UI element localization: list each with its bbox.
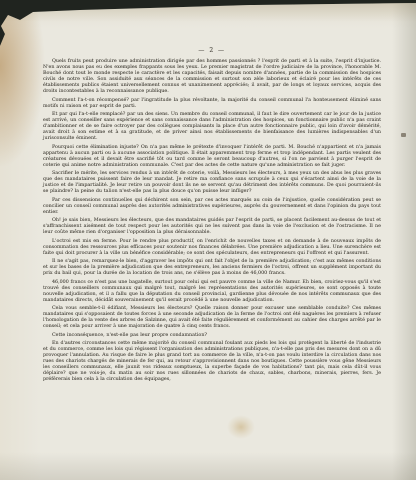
paragraph-7: Oh! je sais bien, Messieurs les électeur… [43,218,381,236]
page-number: — 2 — [43,47,381,54]
document-page: — 2 — Quels fruits peut produire une adm… [0,0,416,480]
paragraph-3: Et par qui l'a-t-elle remplacé? par un d… [43,112,381,142]
text-block: — 2 — Quels fruits peut produire une adm… [43,47,381,386]
paragraph-2: Comment l'a-t-on récompensé? par l'ingra… [43,98,381,110]
bottom-edge-shadow [0,452,416,480]
paper-stain [227,415,255,439]
paragraph-10: 46,000 francs ce n'est pas une bagatelle… [43,280,381,304]
paragraph-1: Quels fruits peut produire une administr… [43,59,381,95]
paragraph-6: Par ces dissensions continuelles qui déc… [43,198,381,216]
paragraph-13: En d'autres circonstances cette même maj… [43,341,381,383]
paragraph-8: L'octroi est mis en ferme. Pour le rendr… [43,239,381,257]
margin-speck [401,133,406,137]
paragraph-11: Cela vous semble-t-il édifiant, Messieur… [43,306,381,330]
right-edge-shadow [392,0,416,480]
scan-stage: — 2 — Quels fruits peut produire une adm… [0,0,416,480]
paragraph-12: Cette inconséquence, n'est-elle pas leur… [43,333,381,339]
top-edge-shadow [0,0,416,22]
paragraph-9: Il ne s'agit pas, remarquez-le bien, d'a… [43,259,381,277]
torn-edge [0,4,48,214]
paragraph-5: Sacrifier le mérite, les services rendus… [43,171,381,195]
paragraph-4: Pourquoi cette élimination injuste? On n… [43,145,381,169]
